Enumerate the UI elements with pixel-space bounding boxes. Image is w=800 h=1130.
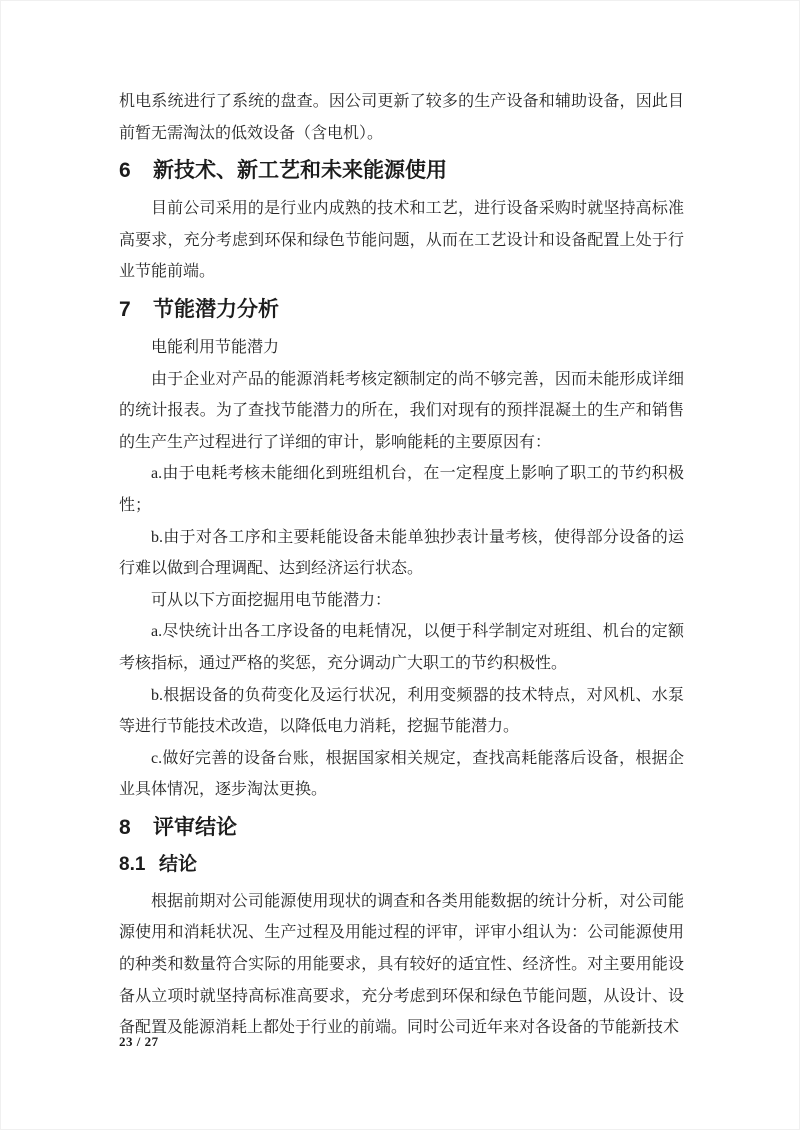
subsection-8-1-paragraph: 根据前期对公司能源使用现状的调查和各类用能数据的统计分析，对公司能源使用和消耗状…	[119, 886, 684, 1044]
page-number: 23 / 27	[119, 1034, 159, 1050]
section-7-paragraph-2: 由于企业对产品的能源消耗考核定额制定的尚不够完善，因而未能形成详细的统计报表。为…	[119, 364, 684, 459]
section-7-paragraph-1: 电能利用节能潜力	[119, 332, 684, 364]
document-page: 机电系统进行了系统的盘查。因公司更新了较多的生产设备和辅助设备，因此目前暂无需淘…	[0, 0, 800, 1130]
section-6-paragraph: 目前公司采用的是行业内成熟的技术和工艺，进行设备采购时就坚持高标准高要求，充分考…	[119, 193, 684, 288]
section-8-title: 评审结论	[153, 816, 237, 839]
continuation-paragraph: 机电系统进行了系统的盘查。因公司更新了较多的生产设备和辅助设备，因此目前暂无需淘…	[119, 86, 684, 149]
section-8-number: 8	[119, 812, 153, 843]
section-8-heading: 8评审结论	[119, 812, 684, 843]
section-6-number: 6	[119, 155, 153, 186]
section-7-paragraph-3: a.由于电耗考核未能细化到班组机台，在一定程度上影响了职工的节约积极性；	[119, 458, 684, 521]
section-7-title: 节能潜力分析	[153, 298, 279, 321]
section-7-number: 7	[119, 294, 153, 325]
section-7-heading: 7节能潜力分析	[119, 294, 684, 325]
section-7-paragraph-5: 可从以下方面挖掘用电节能潜力：	[119, 585, 684, 617]
section-7-paragraph-8: c.做好完善的设备台账，根据国家相关规定，查找高耗能落后设备，根据企业具体情况，…	[119, 743, 684, 806]
subsection-8-1-number: 8.1	[119, 850, 159, 879]
section-7-paragraph-6: a.尽快统计出各工序设备的电耗情况，以便于科学制定对班组、机台的定额考核指标，通…	[119, 616, 684, 679]
section-7-paragraph-4: b.由于对各工序和主要耗能设备未能单独抄表计量考核，使得部分设备的运行难以做到合…	[119, 522, 684, 585]
subsection-8-1-title: 结论	[159, 854, 197, 875]
section-7-paragraph-7: b.根据设备的负荷变化及运行状况，利用变频器的技术特点，对风机、水泵等进行节能技…	[119, 680, 684, 743]
subsection-8-1-heading: 8.1结论	[119, 850, 684, 879]
section-6-heading: 6新技术、新工艺和未来能源使用	[119, 155, 684, 186]
section-6-title: 新技术、新工艺和未来能源使用	[153, 159, 447, 182]
